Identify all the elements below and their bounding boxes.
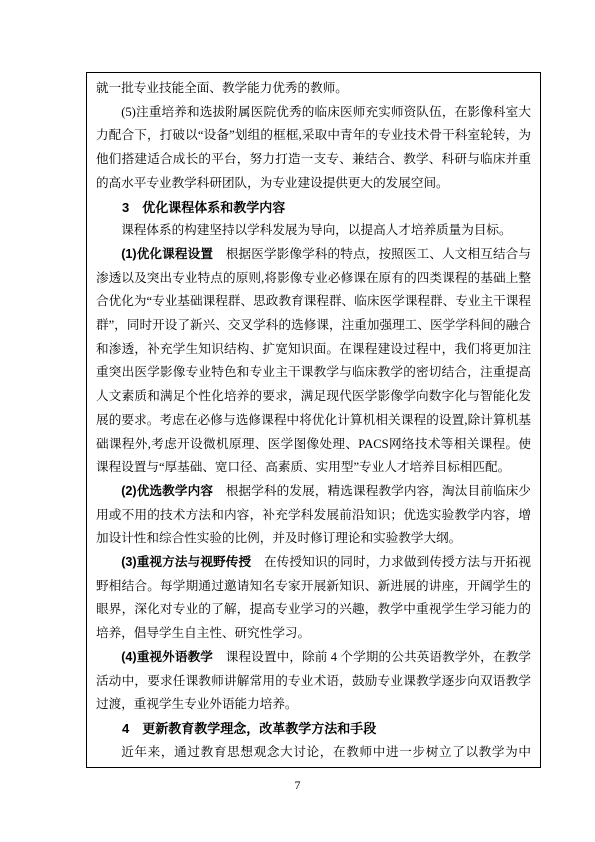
paragraph-lead: (1)优化课程设置 — [121, 247, 213, 261]
paragraph: 就一批专业技能全面、教学能力优秀的教师。 — [96, 77, 531, 101]
paragraph: 近年来，通过教育思想观念大讨论，在教师中进一步树立了以教学为中心、以育 — [96, 741, 531, 768]
paragraph: (1)优化课程设置 根据医学影像学科的特点，按照医工、人文相互结合与渗透以及突出… — [96, 243, 531, 480]
paragraph: 课程体系的构建坚持以学科发展为导向，以提高人才培养质量为目标。 — [96, 219, 531, 243]
paragraph: (4)重视外语教学 课程设置中，除前 4 个学期的公共英语教学外，在教学活动中，… — [96, 646, 531, 717]
document-page: 就一批专业技能全面、教学能力优秀的教师。(5)注重培养和选拔附属医院优秀的临床医… — [0, 0, 595, 842]
content-box: 就一批专业技能全面、教学能力优秀的教师。(5)注重培养和选拔附属医院优秀的临床医… — [86, 72, 541, 768]
paragraph: (3)重视方法与视野传授 在传授知识的同时，力求做到传授方法与开拓视野相结合。每… — [96, 551, 531, 646]
paragraph: (5)注重培养和选拔附属医院优秀的临床医师充实师资队伍，在影像科室大力配合下，打… — [96, 101, 531, 196]
page-number: 7 — [0, 777, 595, 793]
paragraph-lead: (3)重视方法与视野传授 — [121, 555, 251, 569]
paragraph-lead: (4)重视外语教学 — [121, 650, 213, 664]
paragraph-lead: (2)优选教学内容 — [121, 484, 213, 498]
section-heading: 3 优化课程体系和教学内容 — [96, 196, 531, 220]
paragraph: (2)优选教学内容 根据学科的发展，精选课程教学内容，淘汰目前临床少用或不用的技… — [96, 480, 531, 551]
section-heading: 4 更新教育教学理念，改革教学方法和手段 — [96, 717, 531, 741]
